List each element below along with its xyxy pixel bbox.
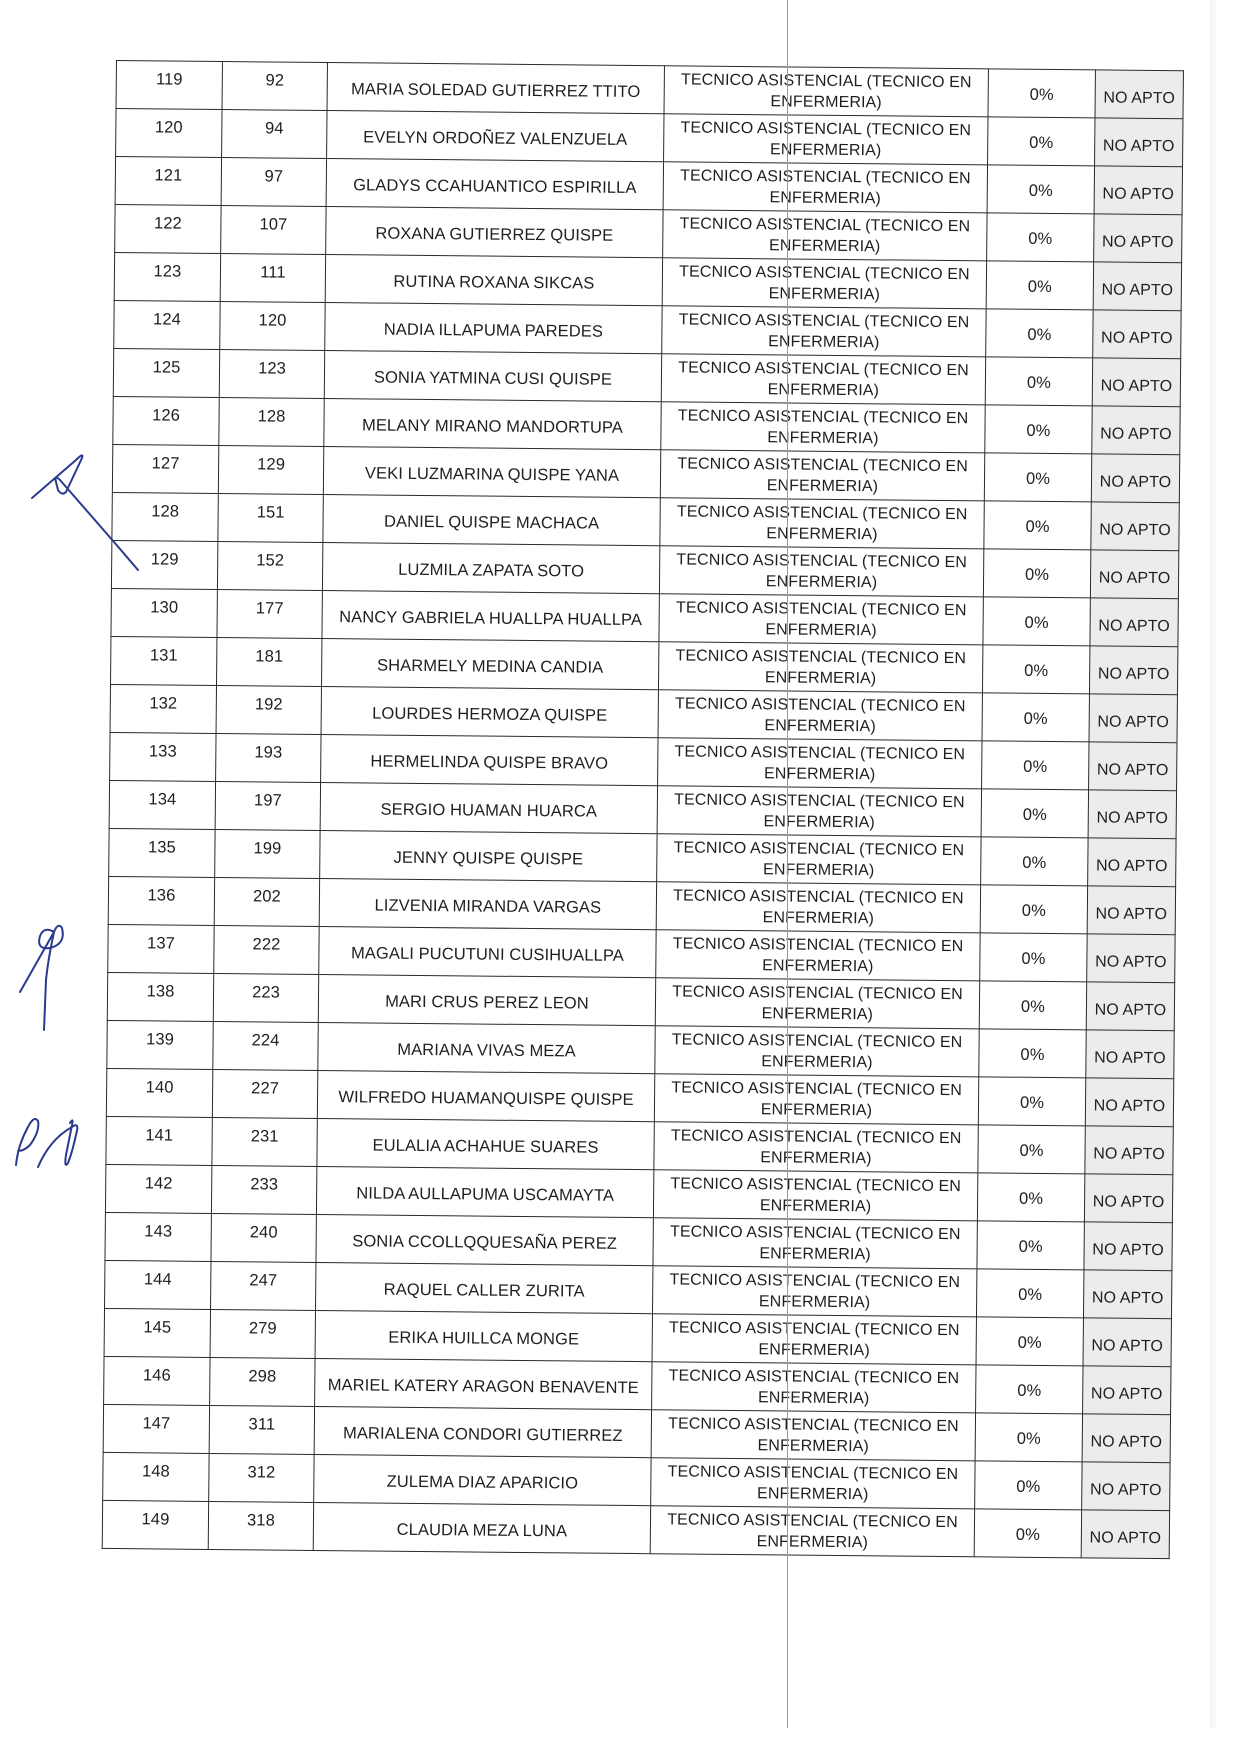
- position-cell: TECNICO ASISTENCIAL (TECNICO EN ENFERMER…: [663, 210, 987, 261]
- order-number-cell: 132: [110, 684, 216, 733]
- handwritten-initials-icon: [10, 1085, 90, 1195]
- score-cell: 0%: [983, 549, 1090, 598]
- applicant-code-cell: 197: [215, 781, 320, 830]
- position-cell: TECNICO ASISTENCIAL (TECNICO EN ENFERMER…: [662, 258, 986, 309]
- position-cell: TECNICO ASISTENCIAL (TECNICO EN ENFERMER…: [656, 930, 980, 981]
- applicant-code-cell: 151: [218, 494, 323, 543]
- score-cell: 0%: [976, 1317, 1083, 1366]
- order-number-cell: 139: [107, 1020, 213, 1069]
- applicant-code-cell: 107: [221, 206, 326, 255]
- position-cell: TECNICO ASISTENCIAL (TECNICO EN ENFERMER…: [652, 1266, 976, 1317]
- applicant-code-cell: 312: [209, 1453, 314, 1502]
- position-cell: TECNICO ASISTENCIAL (TECNICO EN ENFERMER…: [656, 882, 980, 933]
- order-number-cell: 119: [116, 61, 222, 110]
- applicant-name-cell: ERIKA HUILLCA MONGE: [315, 1310, 652, 1361]
- position-line-2: ENFERMERIA): [653, 1338, 976, 1362]
- result-status-cell: NO APTO: [1086, 1030, 1174, 1079]
- result-status-cell: NO APTO: [1095, 70, 1183, 119]
- result-status-cell: NO APTO: [1084, 1222, 1172, 1271]
- order-number-cell: 136: [108, 876, 214, 925]
- applicant-code-cell: 298: [210, 1357, 315, 1406]
- order-number-cell: 148: [103, 1452, 209, 1501]
- position-line-2: ENFERMERIA): [654, 1146, 977, 1170]
- result-status-cell: NO APTO: [1082, 1462, 1170, 1511]
- applicant-name-cell: SERGIO HUAMAN HUARCA: [320, 782, 657, 833]
- position-line-1: TECNICO ASISTENCIAL (TECNICO EN: [659, 693, 982, 717]
- result-status-cell: NO APTO: [1083, 1270, 1171, 1319]
- position-cell: TECNICO ASISTENCIAL (TECNICO EN ENFERMER…: [658, 690, 982, 741]
- position-line-2: ENFERMERIA): [660, 522, 983, 546]
- position-line-1: TECNICO ASISTENCIAL (TECNICO EN: [663, 213, 986, 237]
- position-line-1: TECNICO ASISTENCIAL (TECNICO EN: [652, 1365, 975, 1389]
- position-line-2: ENFERMERIA): [660, 570, 983, 594]
- score-cell: 0%: [977, 1221, 1084, 1270]
- position-line-1: TECNICO ASISTENCIAL (TECNICO EN: [658, 789, 981, 813]
- result-status-cell: NO APTO: [1089, 742, 1177, 791]
- order-number-cell: 121: [115, 157, 221, 206]
- order-number-cell: 120: [116, 109, 222, 158]
- applicant-name-cell: LIZVENIA MIRANDA VARGAS: [319, 878, 656, 929]
- table-row: 149 318 CLAUDIA MEZA LUNA TECNICO ASISTE…: [102, 1500, 1169, 1558]
- result-status-cell: NO APTO: [1095, 118, 1183, 167]
- score-cell: 0%: [986, 309, 1093, 358]
- applicant-code-cell: 97: [221, 158, 326, 207]
- result-status-cell: NO APTO: [1089, 694, 1177, 743]
- score-cell: 0%: [975, 1413, 1082, 1462]
- position-line-2: ENFERMERIA): [653, 1290, 976, 1314]
- position-line-1: TECNICO ASISTENCIAL (TECNICO EN: [662, 405, 985, 429]
- result-status-cell: NO APTO: [1090, 598, 1178, 647]
- position-line-2: ENFERMERIA): [664, 186, 987, 210]
- applicant-name-cell: ROXANA GUTIERREZ QUISPE: [326, 207, 663, 258]
- position-line-1: TECNICO ASISTENCIAL (TECNICO EN: [654, 1221, 977, 1245]
- position-cell: TECNICO ASISTENCIAL (TECNICO EN ENFERMER…: [653, 1218, 977, 1269]
- position-line-2: ENFERMERIA): [651, 1530, 974, 1554]
- position-line-2: ENFERMERIA): [657, 858, 980, 882]
- position-line-2: ENFERMERIA): [659, 618, 982, 642]
- order-number-cell: 137: [108, 924, 214, 973]
- position-line-1: TECNICO ASISTENCIAL (TECNICO EN: [655, 1077, 978, 1101]
- position-cell: TECNICO ASISTENCIAL (TECNICO EN ENFERMER…: [655, 978, 979, 1029]
- position-line-2: ENFERMERIA): [653, 1242, 976, 1266]
- position-line-1: TECNICO ASISTENCIAL (TECNICO EN: [655, 1125, 978, 1149]
- order-number-cell: 141: [106, 1116, 212, 1165]
- position-line-2: ENFERMERIA): [655, 1098, 978, 1122]
- position-cell: TECNICO ASISTENCIAL (TECNICO EN ENFERMER…: [651, 1458, 975, 1509]
- order-number-cell: 145: [104, 1308, 210, 1357]
- result-status-cell: NO APTO: [1082, 1414, 1170, 1463]
- position-cell: TECNICO ASISTENCIAL (TECNICO EN ENFERMER…: [652, 1314, 976, 1365]
- position-cell: TECNICO ASISTENCIAL (TECNICO EN ENFERMER…: [664, 66, 988, 117]
- result-status-cell: NO APTO: [1084, 1174, 1172, 1223]
- applicant-name-cell: SONIA YATMINA CUSI QUISPE: [324, 351, 661, 402]
- applicant-code-cell: 222: [214, 925, 319, 974]
- score-cell: 0%: [982, 645, 1089, 694]
- position-cell: TECNICO ASISTENCIAL (TECNICO EN ENFERMER…: [662, 306, 986, 357]
- applicant-code-cell: 192: [216, 685, 321, 734]
- result-status-cell: NO APTO: [1093, 262, 1181, 311]
- applicant-code-cell: 199: [215, 829, 320, 878]
- position-line-1: TECNICO ASISTENCIAL (TECNICO EN: [661, 453, 984, 477]
- applicant-code-cell: 181: [217, 637, 322, 686]
- position-cell: TECNICO ASISTENCIAL (TECNICO EN ENFERMER…: [660, 498, 984, 549]
- position-line-1: TECNICO ASISTENCIAL (TECNICO EN: [664, 165, 987, 189]
- position-cell: TECNICO ASISTENCIAL (TECNICO EN ENFERMER…: [657, 834, 981, 885]
- position-line-2: ENFERMERIA): [663, 234, 986, 258]
- position-line-2: ENFERMERIA): [656, 954, 979, 978]
- result-status-cell: NO APTO: [1083, 1318, 1171, 1367]
- applicant-name-cell: DANIEL QUISPE MACHACA: [323, 495, 660, 546]
- result-status-cell: NO APTO: [1088, 838, 1176, 887]
- position-line-2: ENFERMERIA): [661, 426, 984, 450]
- applicant-code-cell: 311: [209, 1405, 314, 1454]
- position-cell: TECNICO ASISTENCIAL (TECNICO EN ENFERMER…: [661, 402, 985, 453]
- applicant-name-cell: NADIA ILLAPUMA PAREDES: [325, 303, 662, 354]
- result-status-cell: NO APTO: [1091, 454, 1179, 503]
- score-cell: 0%: [987, 213, 1094, 262]
- applicant-name-cell: EULALIA ACHAHUE SUARES: [317, 1118, 654, 1169]
- applicant-name-cell: SONIA CCOLLQQUESAÑA PEREZ: [316, 1214, 653, 1265]
- applicant-name-cell: LUZMILA ZAPATA SOTO: [322, 543, 659, 594]
- score-cell: 0%: [979, 981, 1086, 1030]
- position-cell: TECNICO ASISTENCIAL (TECNICO EN ENFERMER…: [664, 114, 988, 165]
- order-number-cell: 142: [105, 1164, 211, 1213]
- applicant-name-cell: MELANY MIRANO MANDORTUPA: [324, 399, 661, 450]
- applicant-name-cell: NANCY GABRIELA HUALLPA HUALLPA: [322, 591, 659, 642]
- applicant-name-cell: LOURDES HERMOZA QUISPE: [321, 687, 658, 738]
- score-cell: 0%: [978, 1077, 1085, 1126]
- position-line-2: ENFERMERIA): [652, 1386, 975, 1410]
- applicant-code-cell: 231: [212, 1117, 317, 1166]
- score-cell: 0%: [986, 261, 1093, 310]
- position-line-2: ENFERMERIA): [657, 906, 980, 930]
- position-line-1: TECNICO ASISTENCIAL (TECNICO EN: [653, 1269, 976, 1293]
- position-line-1: TECNICO ASISTENCIAL (TECNICO EN: [661, 501, 984, 525]
- page-edge-shadow: [1210, 0, 1216, 1728]
- applicant-code-cell: 120: [220, 302, 325, 351]
- position-cell: TECNICO ASISTENCIAL (TECNICO EN ENFERMER…: [653, 1170, 977, 1221]
- position-line-2: ENFERMERIA): [664, 138, 987, 162]
- score-cell: 0%: [975, 1461, 1082, 1510]
- score-cell: 0%: [974, 1509, 1081, 1558]
- order-number-cell: 123: [114, 252, 220, 301]
- scan-fold-line: [787, 0, 788, 1728]
- applicant-code-cell: 111: [220, 254, 325, 303]
- position-cell: TECNICO ASISTENCIAL (TECNICO EN ENFERMER…: [654, 1122, 978, 1173]
- order-number-cell: 126: [113, 396, 219, 445]
- applicant-name-cell: RAQUEL CALLER ZURITA: [316, 1262, 653, 1313]
- position-cell: TECNICO ASISTENCIAL (TECNICO EN ENFERMER…: [661, 354, 985, 405]
- score-cell: 0%: [978, 1125, 1085, 1174]
- handwritten-signature-icon: [14, 920, 84, 1040]
- applicant-code-cell: 233: [211, 1165, 316, 1214]
- result-status-cell: NO APTO: [1083, 1366, 1171, 1415]
- score-cell: 0%: [984, 453, 1091, 502]
- position-line-1: TECNICO ASISTENCIAL (TECNICO EN: [663, 261, 986, 285]
- score-cell: 0%: [980, 933, 1087, 982]
- applicant-name-cell: EVELYN ORDOÑEZ VALENZUELA: [327, 111, 664, 162]
- position-line-1: TECNICO ASISTENCIAL (TECNICO EN: [653, 1317, 976, 1341]
- result-status-cell: NO APTO: [1088, 790, 1176, 839]
- applicant-name-cell: CLAUDIA MEZA LUNA: [313, 1502, 650, 1553]
- position-line-2: ENFERMERIA): [662, 378, 985, 402]
- position-line-1: TECNICO ASISTENCIAL (TECNICO EN: [651, 1509, 974, 1533]
- score-cell: 0%: [976, 1365, 1083, 1414]
- position-line-2: ENFERMERIA): [661, 474, 984, 498]
- score-cell: 0%: [985, 405, 1092, 454]
- applicant-name-cell: WILFREDO HUAMANQUISPE QUISPE: [317, 1070, 654, 1121]
- order-number-cell: 138: [107, 972, 213, 1021]
- order-number-cell: 122: [115, 204, 221, 253]
- result-status-cell: NO APTO: [1091, 502, 1179, 551]
- applicant-code-cell: 318: [208, 1501, 313, 1550]
- result-status-cell: NO APTO: [1081, 1510, 1169, 1559]
- score-cell: 0%: [976, 1269, 1083, 1318]
- position-line-1: TECNICO ASISTENCIAL (TECNICO EN: [664, 117, 987, 141]
- result-status-cell: NO APTO: [1087, 886, 1175, 935]
- applicant-code-cell: 92: [222, 62, 327, 111]
- order-number-cell: 135: [109, 828, 215, 877]
- position-line-1: TECNICO ASISTENCIAL (TECNICO EN: [654, 1173, 977, 1197]
- applicant-code-cell: 123: [219, 350, 324, 399]
- position-line-2: ENFERMERIA): [658, 810, 981, 834]
- result-status-cell: NO APTO: [1093, 310, 1181, 359]
- applicant-code-cell: 227: [212, 1069, 317, 1118]
- applicant-name-cell: MARI CRUS PEREZ LEON: [318, 974, 655, 1025]
- applicant-name-cell: NILDA AULLAPUMA USCAMAYTA: [316, 1166, 653, 1217]
- result-status-cell: NO APTO: [1094, 166, 1182, 215]
- position-cell: TECNICO ASISTENCIAL (TECNICO EN ENFERMER…: [658, 738, 982, 789]
- order-number-cell: 143: [105, 1212, 211, 1261]
- applicant-code-cell: 247: [211, 1261, 316, 1310]
- position-line-2: ENFERMERIA): [651, 1482, 974, 1506]
- position-line-2: ENFERMERIA): [659, 666, 982, 690]
- position-line-2: ENFERMERIA): [659, 714, 982, 738]
- result-status-cell: NO APTO: [1087, 934, 1175, 983]
- result-status-cell: NO APTO: [1086, 982, 1174, 1031]
- position-line-2: ENFERMERIA): [656, 1002, 979, 1026]
- position-line-1: TECNICO ASISTENCIAL (TECNICO EN: [656, 933, 979, 957]
- applicant-code-cell: 128: [219, 398, 324, 447]
- position-line-2: ENFERMERIA): [654, 1194, 977, 1218]
- score-cell: 0%: [979, 1029, 1086, 1078]
- applicant-code-cell: 94: [222, 110, 327, 159]
- applicant-name-cell: VEKI LUZMARINA QUISPE YANA: [323, 447, 660, 498]
- position-cell: TECNICO ASISTENCIAL (TECNICO EN ENFERMER…: [655, 1026, 979, 1077]
- position-line-1: TECNICO ASISTENCIAL (TECNICO EN: [658, 741, 981, 765]
- position-line-2: ENFERMERIA): [658, 762, 981, 786]
- position-line-2: ENFERMERIA): [655, 1050, 978, 1074]
- position-line-1: TECNICO ASISTENCIAL (TECNICO EN: [651, 1461, 974, 1485]
- applicant-code-cell: 129: [218, 446, 323, 495]
- position-line-1: TECNICO ASISTENCIAL (TECNICO EN: [662, 309, 985, 333]
- score-cell: 0%: [982, 741, 1089, 790]
- position-line-2: ENFERMERIA): [665, 90, 988, 114]
- score-cell: 0%: [984, 501, 1091, 550]
- score-cell: 0%: [981, 837, 1088, 886]
- position-cell: TECNICO ASISTENCIAL (TECNICO EN ENFERMER…: [658, 642, 982, 693]
- score-cell: 0%: [977, 1173, 1084, 1222]
- score-cell: 0%: [983, 597, 1090, 646]
- position-line-2: ENFERMERIA): [662, 330, 985, 354]
- position-cell: TECNICO ASISTENCIAL (TECNICO EN ENFERMER…: [663, 162, 987, 213]
- results-table-body: 119 92 MARIA SOLEDAD GUTIERREZ TTITO TEC…: [102, 61, 1183, 1559]
- score-cell: 0%: [987, 165, 1094, 214]
- applicant-code-cell: 223: [213, 973, 318, 1022]
- applicant-name-cell: MARIEL KATERY ARAGON BENAVENTE: [315, 1358, 652, 1409]
- applicant-name-cell: MARIA SOLEDAD GUTIERREZ TTITO: [327, 63, 664, 114]
- applicant-code-cell: 224: [213, 1021, 318, 1070]
- position-line-1: TECNICO ASISTENCIAL (TECNICO EN: [659, 645, 982, 669]
- position-cell: TECNICO ASISTENCIAL (TECNICO EN ENFERMER…: [660, 450, 984, 501]
- applicant-code-cell: 240: [211, 1213, 316, 1262]
- order-number-cell: 131: [111, 636, 217, 685]
- position-line-1: TECNICO ASISTENCIAL (TECNICO EN: [662, 357, 985, 381]
- order-number-cell: 144: [105, 1260, 211, 1309]
- position-line-2: ENFERMERIA): [652, 1434, 975, 1458]
- result-status-cell: NO APTO: [1085, 1126, 1173, 1175]
- applicant-code-cell: 279: [210, 1309, 315, 1358]
- order-number-cell: 146: [104, 1356, 210, 1405]
- order-number-cell: 133: [110, 732, 216, 781]
- handwritten-mark-x-icon: [28, 452, 148, 622]
- applicant-name-cell: MAGALI PUCUTUNI CUSIHUALLPA: [319, 926, 656, 977]
- score-cell: 0%: [982, 693, 1089, 742]
- position-line-1: TECNICO ASISTENCIAL (TECNICO EN: [656, 981, 979, 1005]
- score-cell: 0%: [988, 69, 1095, 118]
- order-number-cell: 147: [103, 1404, 209, 1453]
- applicant-name-cell: RUTINA ROXANA SIKCAS: [325, 255, 662, 306]
- position-cell: TECNICO ASISTENCIAL (TECNICO EN ENFERMER…: [657, 786, 981, 837]
- position-line-1: TECNICO ASISTENCIAL (TECNICO EN: [656, 1029, 979, 1053]
- score-cell: 0%: [980, 885, 1087, 934]
- result-status-cell: NO APTO: [1085, 1078, 1173, 1127]
- position-line-1: TECNICO ASISTENCIAL (TECNICO EN: [657, 837, 980, 861]
- applicant-code-cell: 152: [217, 542, 322, 591]
- result-status-cell: NO APTO: [1090, 550, 1178, 599]
- applicant-code-cell: 193: [216, 733, 321, 782]
- position-line-1: TECNICO ASISTENCIAL (TECNICO EN: [657, 885, 980, 909]
- applicant-code-cell: 202: [214, 877, 319, 926]
- applicant-name-cell: JENNY QUISPE QUISPE: [320, 830, 657, 881]
- applicant-code-cell: 177: [217, 589, 322, 638]
- applicant-name-cell: ZULEMA DIAZ APARICIO: [314, 1454, 651, 1505]
- position-line-1: TECNICO ASISTENCIAL (TECNICO EN: [652, 1413, 975, 1437]
- position-cell: TECNICO ASISTENCIAL (TECNICO EN ENFERMER…: [659, 594, 983, 645]
- result-status-cell: NO APTO: [1092, 358, 1180, 407]
- result-status-cell: NO APTO: [1092, 406, 1180, 455]
- position-line-1: TECNICO ASISTENCIAL (TECNICO EN: [660, 597, 983, 621]
- position-line-1: TECNICO ASISTENCIAL (TECNICO EN: [665, 69, 988, 93]
- position-cell: TECNICO ASISTENCIAL (TECNICO EN ENFERMER…: [651, 1410, 975, 1461]
- position-cell: TECNICO ASISTENCIAL (TECNICO EN ENFERMER…: [650, 1506, 974, 1557]
- order-number-cell: 124: [114, 300, 220, 349]
- applicant-name-cell: MARIANA VIVAS MEZA: [318, 1022, 655, 1073]
- applicant-name-cell: SHARMELY MEDINA CANDIA: [321, 639, 658, 690]
- position-line-1: TECNICO ASISTENCIAL (TECNICO EN: [660, 549, 983, 573]
- result-status-cell: NO APTO: [1094, 214, 1182, 263]
- position-line-2: ENFERMERIA): [663, 282, 986, 306]
- position-cell: TECNICO ASISTENCIAL (TECNICO EN ENFERMER…: [654, 1074, 978, 1125]
- score-cell: 0%: [981, 789, 1088, 838]
- results-table: 119 92 MARIA SOLEDAD GUTIERREZ TTITO TEC…: [102, 60, 1184, 1559]
- order-number-cell: 140: [106, 1068, 212, 1117]
- position-cell: TECNICO ASISTENCIAL (TECNICO EN ENFERMER…: [659, 546, 983, 597]
- score-cell: 0%: [985, 357, 1092, 406]
- order-number-cell: 134: [109, 780, 215, 829]
- applicant-name-cell: HERMELINDA QUISPE BRAVO: [321, 734, 658, 785]
- position-cell: TECNICO ASISTENCIAL (TECNICO EN ENFERMER…: [652, 1362, 976, 1413]
- applicant-name-cell: GLADYS CCAHUANTICO ESPIRILLA: [326, 159, 663, 210]
- order-number-cell: 149: [102, 1500, 208, 1549]
- applicant-name-cell: MARIALENA CONDORI GUTIERREZ: [314, 1406, 651, 1457]
- result-status-cell: NO APTO: [1089, 646, 1177, 695]
- score-cell: 0%: [988, 117, 1095, 166]
- order-number-cell: 125: [113, 348, 219, 397]
